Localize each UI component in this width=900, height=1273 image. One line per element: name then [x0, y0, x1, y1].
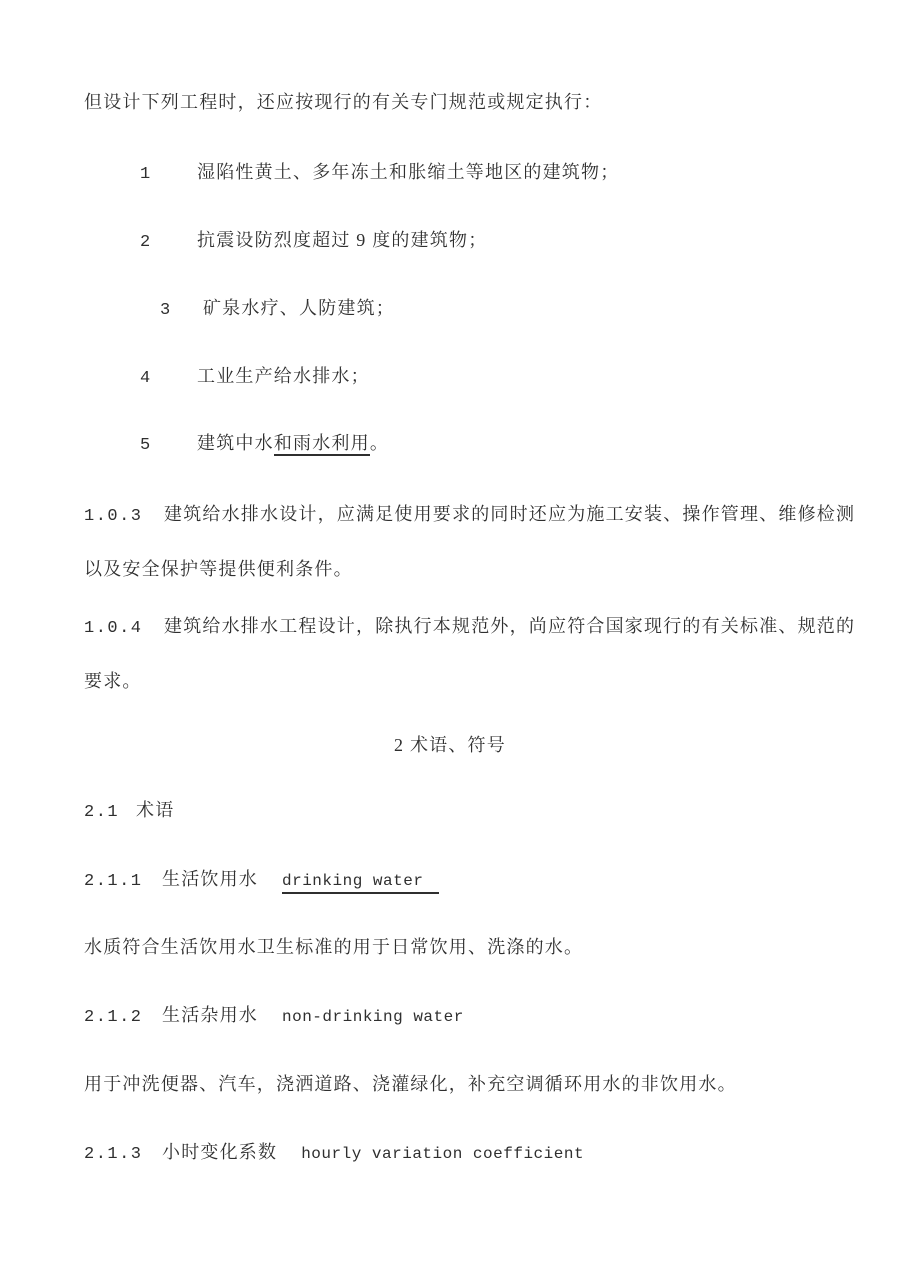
- list-item-text-underlined: 和雨水利用: [274, 433, 370, 456]
- term-2-1-1-definition: 水质符合生活饮用水卫生标准的用于日常饮用、洗涤的水。: [84, 935, 816, 960]
- clause-number: 1.0.3: [84, 504, 164, 529]
- term-2-1-3: 2.1.3小时变化系数hourly variation coefficient: [84, 1140, 816, 1165]
- term-en: non-drinking water: [282, 1008, 464, 1026]
- term-2-1-2: 2.1.2生活杂用水non-drinking water: [84, 1003, 816, 1028]
- list-item-text: 矿泉水疗、人防建筑；: [203, 298, 395, 318]
- clause-1-0-4-line-2: 要求。: [84, 669, 816, 694]
- term-number: 2.1.2: [84, 1005, 162, 1030]
- list-item-text: 抗震设防烈度超过 9 度的建筑物；: [197, 230, 487, 250]
- term-en: hourly variation coefficient: [301, 1145, 584, 1163]
- section-number: 2.1: [84, 800, 136, 825]
- term-2-1-1: 2.1.1生活饮用水drinking water: [84, 867, 816, 892]
- list-item-number: 3: [160, 298, 203, 323]
- list-item-3: 3矿泉水疗、人防建筑；: [84, 296, 816, 321]
- chapter-heading: 2 术语、符号: [84, 733, 816, 758]
- list-item-text: 湿陷性黄土、多年冻土和胀缩土等地区的建筑物；: [197, 162, 619, 182]
- list-item-5: 5建筑中水和雨水利用。: [84, 431, 816, 456]
- intro-paragraph: 但设计下列工程时，还应按现行的有关专门规范或规定执行：: [84, 90, 816, 115]
- document-page: 但设计下列工程时，还应按现行的有关专门规范或规定执行： 1湿陷性黄土、多年冻土和…: [0, 0, 900, 1273]
- list-item-1: 1湿陷性黄土、多年冻土和胀缩土等地区的建筑物；: [84, 160, 816, 185]
- clause-text: 建筑给水排水工程设计，除执行本规范外，尚应符合国家现行的有关标准、规范的: [164, 616, 855, 636]
- list-item-text: 工业生产给水排水；: [197, 366, 370, 386]
- list-item-number: 5: [140, 433, 197, 458]
- term-zh: 生活饮用水: [162, 869, 258, 889]
- list-item-number: 1: [140, 162, 197, 187]
- list-item-number: 2: [140, 230, 197, 255]
- list-item-text-suffix: 。: [370, 433, 389, 453]
- clause-1-0-3-line-1: 1.0.3建筑给水排水设计，应满足使用要求的同时还应为施工安装、操作管理、维修检…: [84, 502, 816, 527]
- list-item-2: 2抗震设防烈度超过 9 度的建筑物；: [84, 228, 816, 253]
- clause-text: 建筑给水排水设计，应满足使用要求的同时还应为施工安装、操作管理、维修检测: [164, 504, 855, 524]
- clause-1-0-4-line-1: 1.0.4建筑给水排水工程设计，除执行本规范外，尚应符合国家现行的有关标准、规范…: [84, 614, 816, 639]
- term-en: drinking water: [282, 872, 439, 894]
- clause-1-0-3-line-2: 以及安全保护等提供便利条件。: [84, 557, 816, 582]
- clause-number: 1.0.4: [84, 616, 164, 641]
- term-2-1-2-definition: 用于冲洗便器、汽车，浇洒道路、浇灌绿化，补充空调循环用水的非饮用水。: [84, 1072, 816, 1097]
- section-title: 术语: [136, 800, 174, 820]
- term-number: 2.1.3: [84, 1142, 162, 1167]
- section-heading: 2.1术语: [84, 798, 816, 823]
- term-number: 2.1.1: [84, 869, 162, 894]
- list-item-4: 4工业生产给水排水；: [84, 364, 816, 389]
- list-item-number: 4: [140, 366, 197, 391]
- term-zh: 小时变化系数: [162, 1142, 277, 1162]
- term-zh: 生活杂用水: [162, 1005, 258, 1025]
- list-item-text-prefix: 建筑中水: [197, 433, 274, 453]
